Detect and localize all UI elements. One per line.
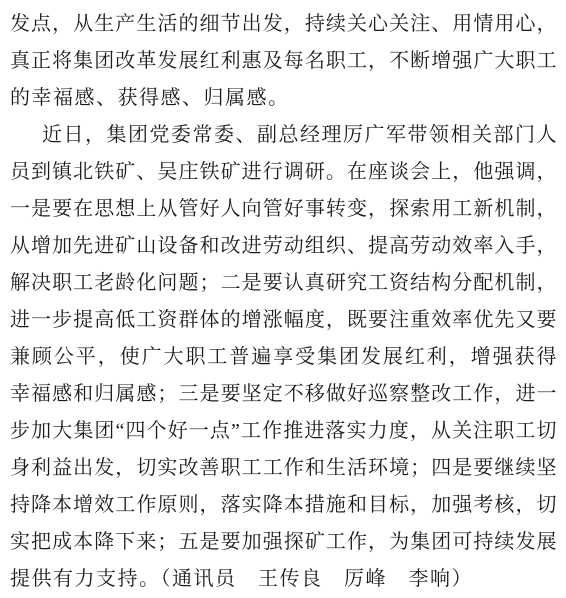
text-line: 的幸福感、获得感、归属感。 bbox=[10, 80, 557, 117]
text-line: 进一步提高低工资群体的增涨幅度，既要注重效率优先又要 bbox=[10, 302, 557, 339]
text-line: 员到镇北铁矿、吴庄铁矿进行调研。在座谈会上，他强调， bbox=[10, 154, 557, 191]
text-line: 幸福感和归属感；三是要坚定不移做好巡察整改工作，进一 bbox=[10, 376, 557, 413]
text-line: 提供有力支持。（通讯员 王传良 厉峰 李响） bbox=[10, 561, 557, 598]
text-line: 持降本增效工作原则，落实降本措施和目标，加强考核，切 bbox=[10, 487, 557, 524]
text-line: 解决职工老龄化问题；二是要认真研究工资结构分配机制， bbox=[10, 265, 557, 302]
text-line: 兼顾公平，使广大职工普遍享受集团发展红利，增强获得感、 bbox=[10, 339, 557, 376]
text-line: 近日，集团党委常委、副总经理厉广军带领相关部门人 bbox=[10, 117, 557, 154]
text-line: 真正将集团改革发展红利惠及每名职工，不断增强广大职工 bbox=[10, 43, 557, 80]
text-line: 实把成本降下来；五是要加强探矿工作，为集团可持续发展 bbox=[10, 524, 557, 561]
text-line: 从增加先进矿山设备和改进劳动组织、提高劳动效率入手， bbox=[10, 228, 557, 265]
document-page: 发点，从生产生活的细节出发，持续关心关注、用情用心， 真正将集团改革发展红利惠及… bbox=[0, 0, 566, 598]
text-line: 步加大集团“四个好一点”工作推进落实力度，从关注职工切 bbox=[10, 413, 557, 450]
paragraph-1: 发点，从生产生活的细节出发，持续关心关注、用情用心， 真正将集团改革发展红利惠及… bbox=[10, 6, 557, 117]
text-line: 身利益出发，切实改善职工工作和生活环境；四是要继续坚 bbox=[10, 450, 557, 487]
text-line: 发点，从生产生活的细节出发，持续关心关注、用情用心， bbox=[10, 6, 557, 43]
text-line: 一是要在思想上从管好人向管好事转变，探索用工新机制， bbox=[10, 191, 557, 228]
paragraph-2: 近日，集团党委常委、副总经理厉广军带领相关部门人 员到镇北铁矿、吴庄铁矿进行调研… bbox=[10, 117, 557, 598]
